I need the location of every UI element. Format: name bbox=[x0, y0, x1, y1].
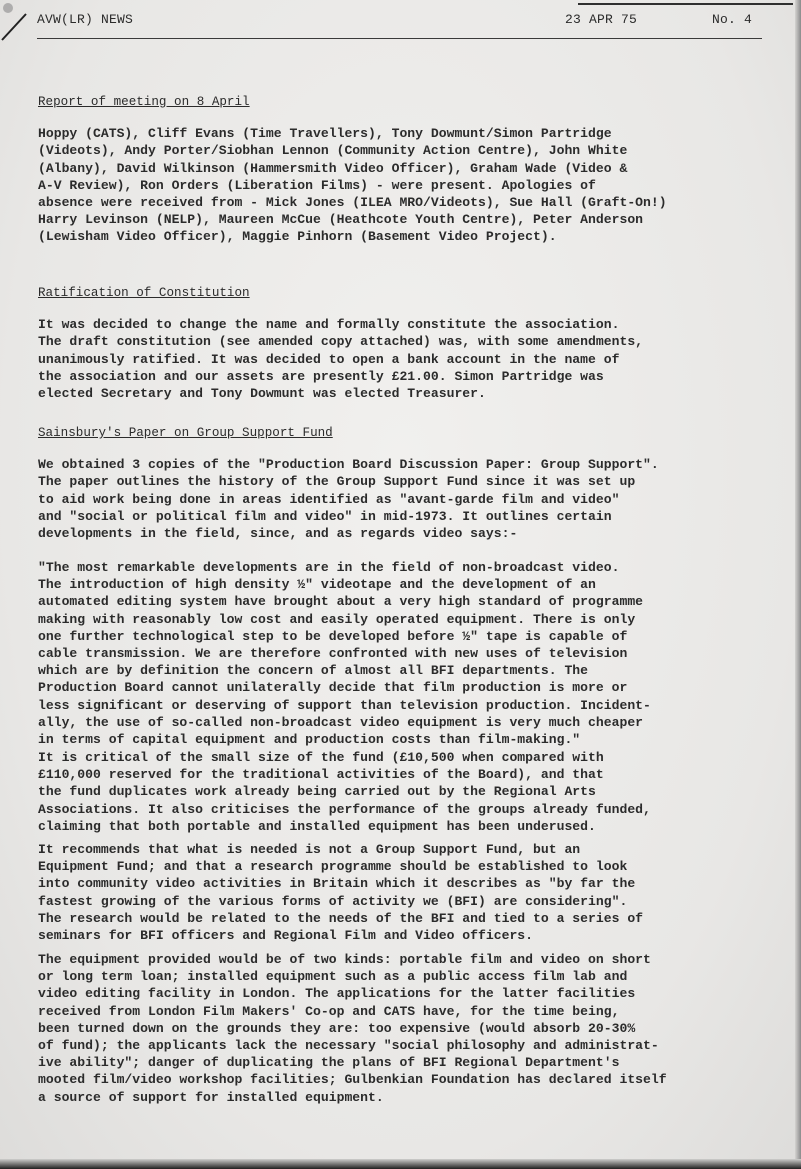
constitution-paragraph: It was decided to change the name and fo… bbox=[38, 316, 643, 402]
section-heading: Ratification of Constitution bbox=[38, 285, 643, 302]
typewritten-page: AVW(LR) NEWS 23 APR 75 No. 4 Report of m… bbox=[0, 0, 801, 1169]
text-line: which are by definition the concern of a… bbox=[38, 662, 651, 679]
attendance-paragraph: Hoppy (CATS), Cliff Evans (Time Travelle… bbox=[38, 125, 667, 245]
text-line: ive ability"; danger of duplicating the … bbox=[38, 1054, 667, 1071]
text-line: "The most remarkable developments are in… bbox=[38, 559, 651, 576]
top-edge-rule bbox=[578, 3, 793, 5]
issue-date: 23 APR 75 bbox=[565, 12, 637, 27]
text-line: unanimously ratified. It was decided to … bbox=[38, 351, 643, 368]
text-line: cable transmission. We are therefore con… bbox=[38, 645, 651, 662]
text-line: It is critical of the small size of the … bbox=[38, 749, 651, 766]
text-line: (Lewisham Video Officer), Maggie Pinhorn… bbox=[38, 228, 667, 245]
issue-number: No. 4 bbox=[712, 12, 752, 27]
text-line: The introduction of high density ½" vide… bbox=[38, 576, 651, 593]
text-line: seminars for BFI officers and Regional F… bbox=[38, 927, 643, 944]
text-line: automated editing system have brought ab… bbox=[38, 593, 651, 610]
recommendation-paragraph: It recommends that what is needed is not… bbox=[38, 841, 643, 944]
equipment-paragraph: The equipment provided would be of two k… bbox=[38, 951, 667, 1106]
paper-summary-paragraph: We obtained 3 copies of the "Production … bbox=[38, 456, 659, 542]
text-line: making with reasonably low cost and easi… bbox=[38, 611, 651, 628]
text-line: a source of support for installed equipm… bbox=[38, 1089, 667, 1106]
text-line: It recommends that what is needed is not… bbox=[38, 841, 643, 858]
text-line: to aid work being done in areas identifi… bbox=[38, 491, 659, 508]
scan-edge-bottom bbox=[0, 1159, 801, 1169]
section-heading: Sainsbury's Paper on Group Support Fund bbox=[38, 425, 659, 442]
text-line: Equipment Fund; and that a research prog… bbox=[38, 858, 643, 875]
pen-stroke-mark bbox=[0, 2, 30, 42]
newsletter-title: AVW(LR) NEWS bbox=[37, 12, 133, 27]
text-line: It was decided to change the name and fo… bbox=[38, 316, 643, 333]
text-line: been turned down on the grounds they are… bbox=[38, 1020, 667, 1037]
text-line: the association and our assets are prese… bbox=[38, 368, 643, 385]
text-line: elected Secretary and Tony Dowmunt was e… bbox=[38, 385, 643, 402]
scan-edge-right bbox=[795, 0, 801, 1169]
text-line: The research would be related to the nee… bbox=[38, 910, 643, 927]
text-line: of fund); the applicants lack the necess… bbox=[38, 1037, 667, 1054]
text-line: £110,000 reserved for the traditional ac… bbox=[38, 766, 651, 783]
text-line: ally, the use of so-called non-broadcast… bbox=[38, 714, 651, 731]
quoted-paragraph: "The most remarkable developments are in… bbox=[38, 559, 651, 748]
section-meeting-report: Report of meeting on 8 April Hoppy (CATS… bbox=[38, 94, 667, 246]
section-constitution: Ratification of Constitution It was deci… bbox=[38, 285, 643, 402]
text-line: Harry Levinson (NELP), Maureen McCue (He… bbox=[38, 211, 667, 228]
text-line: received from London Film Makers' Co-op … bbox=[38, 1003, 667, 1020]
text-line: Associations. It also criticises the per… bbox=[38, 801, 651, 818]
text-line: Hoppy (CATS), Cliff Evans (Time Travelle… bbox=[38, 125, 667, 142]
section-heading: Report of meeting on 8 April bbox=[38, 94, 667, 111]
header-rule bbox=[37, 38, 762, 39]
text-line: (Videots), Andy Porter/Siobhan Lennon (C… bbox=[38, 142, 667, 159]
text-line: We obtained 3 copies of the "Production … bbox=[38, 456, 659, 473]
text-line: developments in the field, since, and as… bbox=[38, 525, 659, 542]
text-line: and "social or political film and video"… bbox=[38, 508, 659, 525]
text-line: absence were received from - Mick Jones … bbox=[38, 194, 667, 211]
text-line: The draft constitution (see amended copy… bbox=[38, 333, 643, 350]
text-line: The equipment provided would be of two k… bbox=[38, 951, 667, 968]
text-line: less significant or deserving of support… bbox=[38, 697, 651, 714]
text-line: mooted film/video workshop facilities; G… bbox=[38, 1071, 667, 1088]
section-sainsbury-paper: Sainsbury's Paper on Group Support Fund … bbox=[38, 425, 659, 542]
text-line: one further technological step to be dev… bbox=[38, 628, 651, 645]
text-line: (Albany), David Wilkinson (Hammersmith V… bbox=[38, 160, 667, 177]
text-line: or long term loan; installed equipment s… bbox=[38, 968, 667, 985]
text-line: into community video activities in Brita… bbox=[38, 875, 643, 892]
text-line: video editing facility in London. The ap… bbox=[38, 985, 667, 1002]
text-line: claiming that both portable and installe… bbox=[38, 818, 651, 835]
text-line: A-V Review), Ron Orders (Liberation Film… bbox=[38, 177, 667, 194]
text-line: fastest growing of the various forms of … bbox=[38, 893, 643, 910]
text-line: in terms of capital equipment and produc… bbox=[38, 731, 651, 748]
newsletter-header: AVW(LR) NEWS 23 APR 75 No. 4 bbox=[37, 8, 787, 38]
critique-paragraph: It is critical of the small size of the … bbox=[38, 749, 651, 835]
text-line: the fund duplicates work already being c… bbox=[38, 783, 651, 800]
text-line: The paper outlines the history of the Gr… bbox=[38, 473, 659, 490]
text-line: Production Board cannot unilaterally dec… bbox=[38, 679, 651, 696]
